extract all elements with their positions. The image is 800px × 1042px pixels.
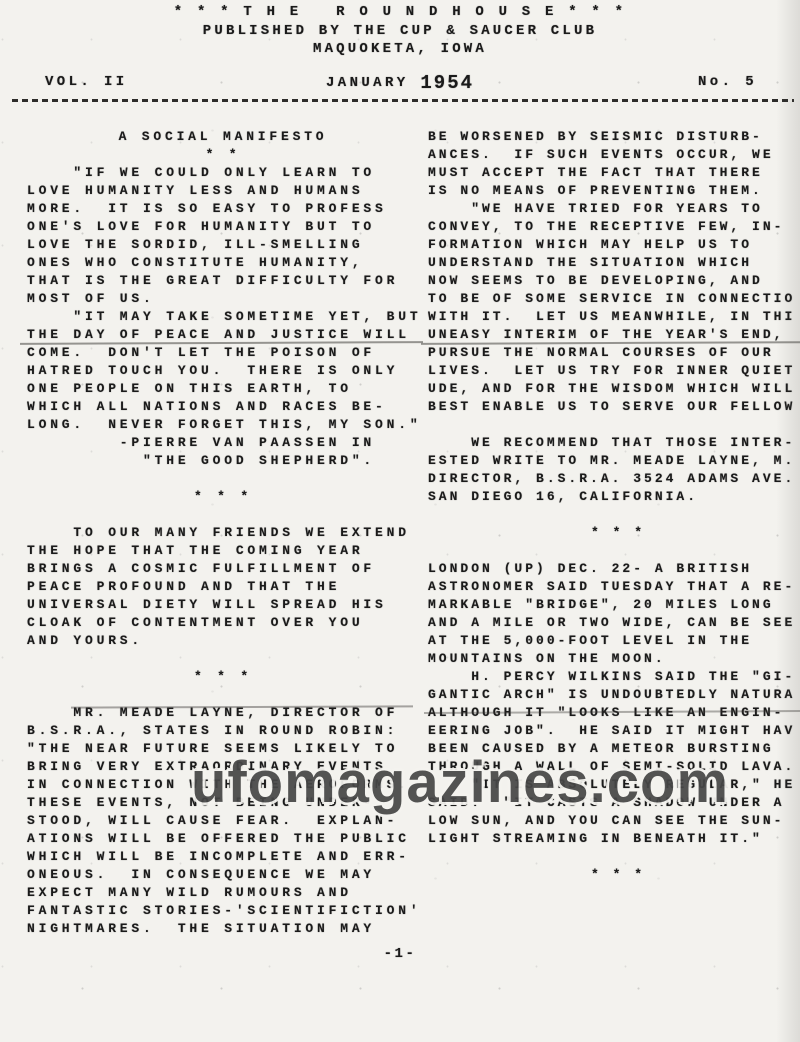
text-line: B.S.R.A., STATES IN ROUND ROBIN: (27, 722, 419, 740)
text-line: WE RECOMMEND THAT THOSE INTER- (428, 434, 800, 452)
text-line: * * * (27, 488, 419, 506)
text-line: NOW SEEMS TO BE DEVELOPING, AND (428, 272, 800, 290)
text-line: SAN DIEGO 16, CALIFORNIA. (428, 488, 800, 506)
text-line: ONES WHO CONSTITUTE HUMANITY, (27, 254, 419, 272)
text-line: HATRED TOUCH YOU. THERE IS ONLY (27, 362, 419, 380)
blank-line (27, 506, 419, 524)
masthead-title: * * * T H E R O U N D H O U S E * * * (0, 4, 800, 20)
text-line: BRINGS A COSMIC FULFILLMENT OF (27, 560, 419, 578)
blank-line (428, 506, 800, 524)
blank-line (27, 686, 419, 704)
text-line: H. PERCY WILKINS SAID THE "GI- (428, 668, 800, 686)
text-line: "THE GOOD SHEPHERD". (27, 452, 419, 470)
text-line: A SOCIAL MANIFESTO (27, 128, 419, 146)
text-line: AND YOURS. (27, 632, 419, 650)
text-line: FORMATION WHICH MAY HELP US TO (428, 236, 800, 254)
text-line: MUST ACCEPT THE FACT THAT THERE (428, 164, 800, 182)
blank-line (428, 416, 800, 434)
text-line: EXPECT MANY WILD RUMOURS AND (27, 884, 419, 902)
page-number: -1- (0, 946, 800, 962)
watermark: ufomagazines.com (110, 749, 800, 816)
issue-date: JANUARY 1954 (0, 72, 800, 94)
text-line: WHICH ALL NATIONS AND RACES BE- (27, 398, 419, 416)
text-line: MORE. IT IS SO EASY TO PROFESS (27, 200, 419, 218)
blank-line (428, 542, 800, 560)
text-line: UNIVERSAL DIETY WILL SPREAD HIS (27, 596, 419, 614)
text-line: "WE HAVE TRIED FOR YEARS TO (428, 200, 800, 218)
text-line: BEST ENABLE US TO SERVE OUR FELLOW (428, 398, 800, 416)
blank-line (428, 848, 800, 866)
text-line: -PIERRE VAN PAASSEN IN (27, 434, 419, 452)
text-line: LONG. NEVER FORGET THIS, MY SON." (27, 416, 419, 434)
publisher-line: PUBLISHED BY THE CUP & SAUCER CLUB (0, 23, 800, 39)
text-line: WHICH WILL BE INCOMPLETE AND ERR- (27, 848, 419, 866)
text-line: * * * (27, 668, 419, 686)
newsletter-page: * * * T H E R O U N D H O U S E * * * PU… (0, 0, 800, 1042)
text-line: EERING JOB". HE SAID IT MIGHT HAV (428, 722, 800, 740)
text-line: UNDERSTAND THE SITUATION WHICH (428, 254, 800, 272)
text-line: ANCES. IF SUCH EVENTS OCCUR, WE (428, 146, 800, 164)
text-line: ALTHOUGH IT "LOOKS LIKE AN ENGIN- (428, 704, 800, 722)
issue-year: 1954 (420, 72, 474, 94)
text-line: * * (27, 146, 419, 164)
text-line: COME. DON'T LET THE POISON OF (27, 344, 419, 362)
text-line: * * * (428, 866, 800, 884)
blank-line (27, 470, 419, 488)
text-line: LIGHT STREAMING IN BENEATH IT." (428, 830, 800, 848)
text-line: THE DAY OF PEACE AND JUSTICE WILL (27, 326, 419, 344)
text-line: MOST OF US. (27, 290, 419, 308)
location-line: MAQUOKETA, IOWA (0, 41, 800, 57)
text-line: PEACE PROFOUND AND THAT THE (27, 578, 419, 596)
text-line: ONE'S LOVE FOR HUMANITY BUT TO (27, 218, 419, 236)
text-line: UNEASY INTERIM OF THE YEAR'S END, (428, 326, 800, 344)
issue-month: JANUARY (326, 75, 409, 91)
text-line: ESTED WRITE TO MR. MEADE LAYNE, M. (428, 452, 800, 470)
text-line: UDE, AND FOR THE WISDOM WHICH WILL (428, 380, 800, 398)
issue-number: No. 5 (698, 74, 757, 90)
scan-edge-shading (776, 0, 800, 1042)
text-line: LIVES. LET US TRY FOR INNER QUIET (428, 362, 800, 380)
text-line: * * * (428, 524, 800, 542)
text-line: THAT IS THE GREAT DIFFICULTY FOR (27, 272, 419, 290)
text-line: TO BE OF SOME SERVICE IN CONNECTIO (428, 290, 800, 308)
text-line: DIRECTOR, B.S.R.A. 3524 ADAMS AVE. (428, 470, 800, 488)
text-line: AND A MILE OR TWO WIDE, CAN BE SEE (428, 614, 800, 632)
text-line: MARKABLE "BRIDGE", 20 MILES LONG (428, 596, 800, 614)
text-line: FANTASTIC STORIES-'SCIENTIFICTION' (27, 902, 419, 920)
text-line: LOVE HUMANITY LESS AND HUMANS (27, 182, 419, 200)
text-line: LOVE THE SORDID, ILL-SMELLING (27, 236, 419, 254)
text-line: CLOAK OF CONTENTMENT OVER YOU (27, 614, 419, 632)
text-line: GANTIC ARCH" IS UNDOUBTEDLY NATURA (428, 686, 800, 704)
text-line: IS NO MEANS OF PREVENTING THEM. (428, 182, 800, 200)
text-line: CONVEY, TO THE RECEPTIVE FEW, IN- (428, 218, 800, 236)
text-line: MOUNTAINS ON THE MOON. (428, 650, 800, 668)
dashed-divider (12, 99, 794, 102)
text-line: BE WORSENED BY SEISMIC DISTURB- (428, 128, 800, 146)
text-line: THE HOPE THAT THE COMING YEAR (27, 542, 419, 560)
left-column: A SOCIAL MANIFESTO* * "IF WE COULD ONLY … (27, 128, 419, 938)
text-line: ATIONS WILL BE OFFERED THE PUBLIC (27, 830, 419, 848)
text-line: ONEOUS. IN CONSEQUENCE WE MAY (27, 866, 419, 884)
text-line: ONE PEOPLE ON THIS EARTH, TO (27, 380, 419, 398)
text-line: WITH IT. LET US MEANWHILE, IN THI (428, 308, 800, 326)
text-line: AT THE 5,000-FOOT LEVEL IN THE (428, 632, 800, 650)
text-line: MR. MEADE LAYNE, DIRECTOR OF (27, 704, 419, 722)
text-line: LONDON (UP) DEC. 22- A BRITISH (428, 560, 800, 578)
text-line: "IT MAY TAKE SOMETIME YET, BUT (27, 308, 419, 326)
text-line: NIGHTMARES. THE SITUATION MAY (27, 920, 419, 938)
text-line: TO OUR MANY FRIENDS WE EXTEND (27, 524, 419, 542)
text-line: ASTRONOMER SAID TUESDAY THAT A RE- (428, 578, 800, 596)
blank-line (27, 650, 419, 668)
text-line: PURSUE THE NORMAL COURSES OF OUR (428, 344, 800, 362)
text-line: "IF WE COULD ONLY LEARN TO (27, 164, 419, 182)
